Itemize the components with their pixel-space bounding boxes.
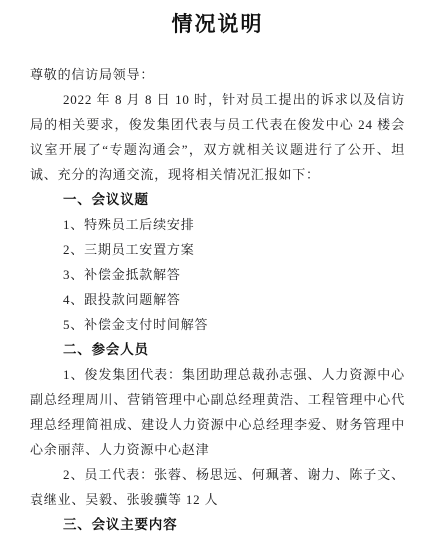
agenda-item: 1、特殊员工后续安排 [30, 212, 405, 237]
agenda-item: 2、三期员工安置方案 [30, 237, 405, 262]
section-heading-meeting-content: 三、会议主要内容 [30, 512, 405, 535]
section-heading-meeting-topics: 一、会议议题 [30, 187, 405, 212]
document-page: 情况说明 尊敬的信访局领导： 2022 年 8 月 8 日 10 时，针对员工提… [0, 0, 434, 535]
section-heading-participants: 二、参会人员 [30, 337, 405, 362]
agenda-item: 5、补偿金支付时间解答 [30, 312, 405, 337]
participants-employee-representatives: 2、员工代表：张蓉、杨思远、何珮著、谢力、陈子文、袁继业、吴毅、张骏骥等 12 … [30, 462, 405, 512]
salutation: 尊敬的信访局领导： [30, 62, 405, 87]
intro-paragraph: 2022 年 8 月 8 日 10 时，针对员工提出的诉求以及信访局的相关要求，… [30, 87, 405, 187]
document-title: 情况说明 [30, 10, 405, 40]
agenda-item: 3、补偿金抵款解答 [30, 262, 405, 287]
agenda-item: 4、跟投款问题解答 [30, 287, 405, 312]
participants-group-representatives: 1、俊发集团代表：集团助理总裁孙志强、人力资源中心副总经理周川、营销管理中心副总… [30, 362, 405, 462]
